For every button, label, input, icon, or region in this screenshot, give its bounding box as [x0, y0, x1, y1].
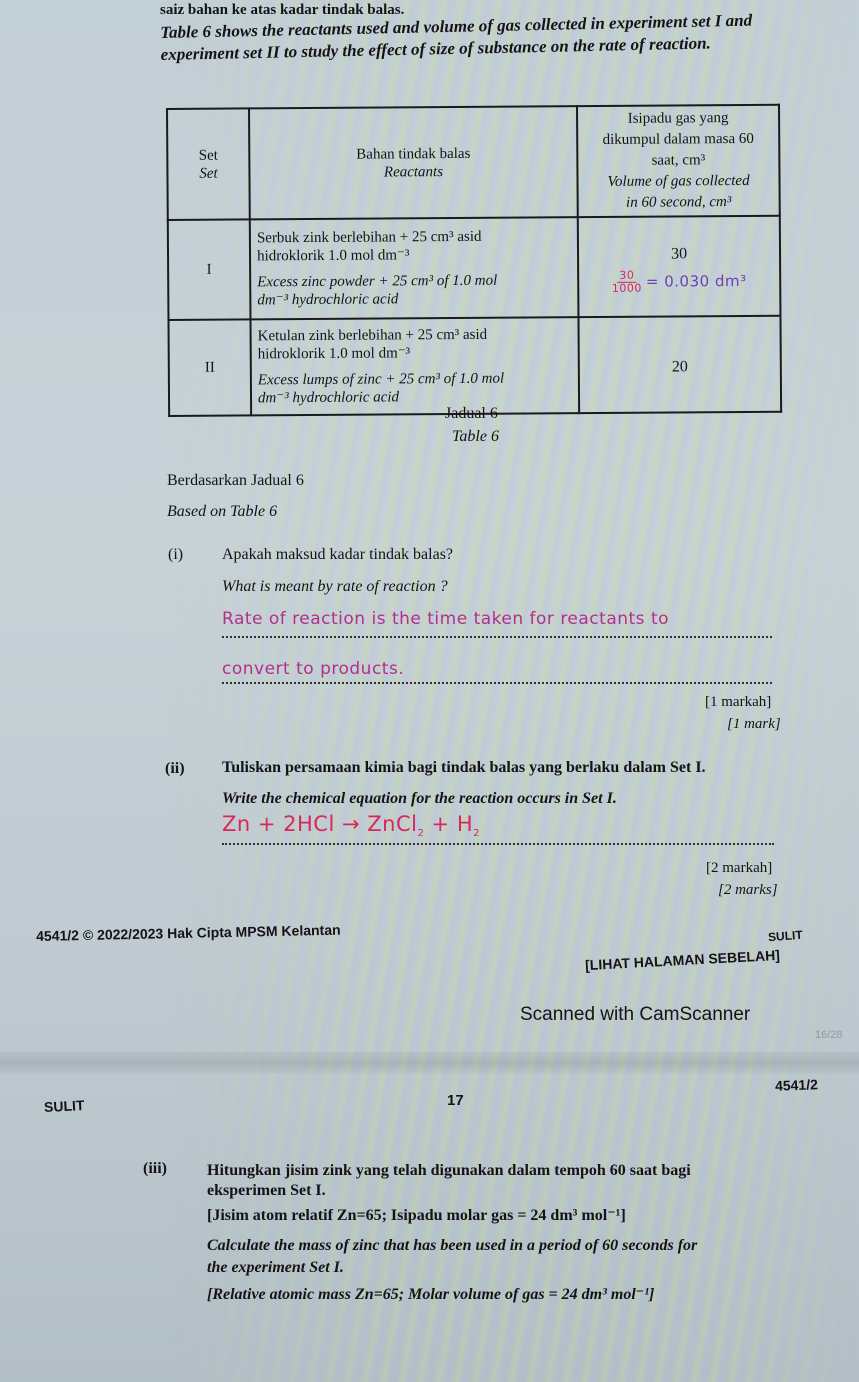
question-ii-ms: Tuliskan persamaan kimia bagi tindak bal… — [222, 759, 706, 777]
question-iii-ms-line-1: Hitungkan jisim zink yang telah digunaka… — [207, 1160, 807, 1182]
table-6: Set Set Bahan tindak balas Reactants Isi… — [166, 104, 782, 417]
table-header-row: Set Set Bahan tindak balas Reactants Isi… — [167, 105, 780, 220]
page-separator — [0, 1052, 859, 1074]
table-row: II Ketulan zink berlebihan + 25 cm³ asid… — [168, 316, 781, 416]
header-sulit: SULIT — [44, 1097, 85, 1115]
marks-en: [1 mark] — [727, 716, 781, 733]
header-paper-code: 4541/2 — [775, 1076, 818, 1093]
preamble-ms: Berdasarkan Jadual 6 — [167, 472, 304, 490]
cell-set: I — [168, 219, 251, 320]
arrow-icon: → — [342, 812, 360, 836]
footer-see-next-page: [LIHAT HALAMAN SEBELAH] — [585, 947, 781, 973]
volume-value: 20 — [584, 358, 776, 377]
marks-en: [2 marks] — [718, 882, 778, 899]
header-page-number: 17 — [447, 1092, 464, 1109]
marks-ms: [1 markah] — [705, 694, 771, 711]
scanner-watermark: Scanned with CamScanner — [520, 1004, 750, 1026]
question-iii-number: (iii) — [143, 1160, 167, 1178]
volume-value: 30 — [583, 244, 775, 263]
cell-reactants: Serbuk zink berlebihan + 25 cm³ asid hid… — [250, 217, 579, 319]
handwritten-result: = 0.030 dm³ — [646, 272, 747, 291]
cell-set: II — [168, 319, 251, 416]
cell-volume: 30 30 1000 = 0.030 dm³ — [578, 216, 781, 317]
cell-reactants: Ketulan zink berlebihan + 25 cm³ asid hi… — [250, 317, 579, 415]
question-iii-en-line-1: Calculate the mass of zinc that has been… — [207, 1237, 807, 1255]
question-i-en: What is meant by rate of reaction ? — [222, 578, 448, 596]
table-caption-ms: Jadual 6 — [445, 405, 498, 423]
handwritten-fraction: 30 1000 — [612, 269, 642, 294]
answer-i-line-1[interactable]: Rate of reaction is the time taken for r… — [222, 609, 669, 629]
question-i-number: (i) — [168, 546, 183, 564]
footer-sulit: SULIT — [768, 928, 804, 944]
footer-copyright: 4541/2 © 2022/2023 Hak Cipta MPSM Kelant… — [36, 922, 341, 944]
question-iii-ms-line-2: eksperimen Set I. — [207, 1182, 326, 1200]
answer-line-dotted — [222, 843, 774, 845]
page-indicator: 16/28 — [815, 1029, 843, 1041]
answer-i-line-2[interactable]: convert to products. — [222, 659, 404, 679]
question-iii-ms-data: [Jisim atom relatif Zn=65; Isipadu molar… — [207, 1205, 626, 1225]
header-volume: Isipadu gas yang dikumpul dalam masa 60 … — [577, 105, 780, 217]
marks-ms: [2 markah] — [706, 860, 772, 877]
handwritten-conversion: 30 1000 = 0.030 dm³ — [583, 268, 775, 294]
answer-line-dotted — [222, 682, 772, 684]
preamble-en: Based on Table 6 — [167, 503, 277, 521]
question-ii-en: Write the chemical equation for the reac… — [222, 790, 617, 808]
table-row: I Serbuk zink berlebihan + 25 cm³ asid h… — [168, 216, 781, 320]
question-ii-number: (ii) — [165, 760, 185, 778]
answer-line-dotted — [222, 636, 772, 638]
cutoff-previous-line: saiz bahan ke atas kadar tindak balas. — [160, 2, 404, 19]
question-iii-en-line-2: the experiment Set I. — [207, 1259, 344, 1277]
cell-volume: 20 — [578, 316, 781, 413]
header-set: Set Set — [167, 108, 250, 220]
question-iii-en-data: [Relative atomic mass Zn=65; Molar volum… — [207, 1284, 654, 1304]
table-caption-en: Table 6 — [452, 428, 499, 446]
header-reactants: Bahan tindak balas Reactants — [249, 106, 578, 219]
answer-ii-equation[interactable]: Zn + 2HCl → ZnCl2 + H2 — [222, 812, 480, 839]
question-i-ms: Apakah maksud kadar tindak balas? — [222, 546, 453, 564]
